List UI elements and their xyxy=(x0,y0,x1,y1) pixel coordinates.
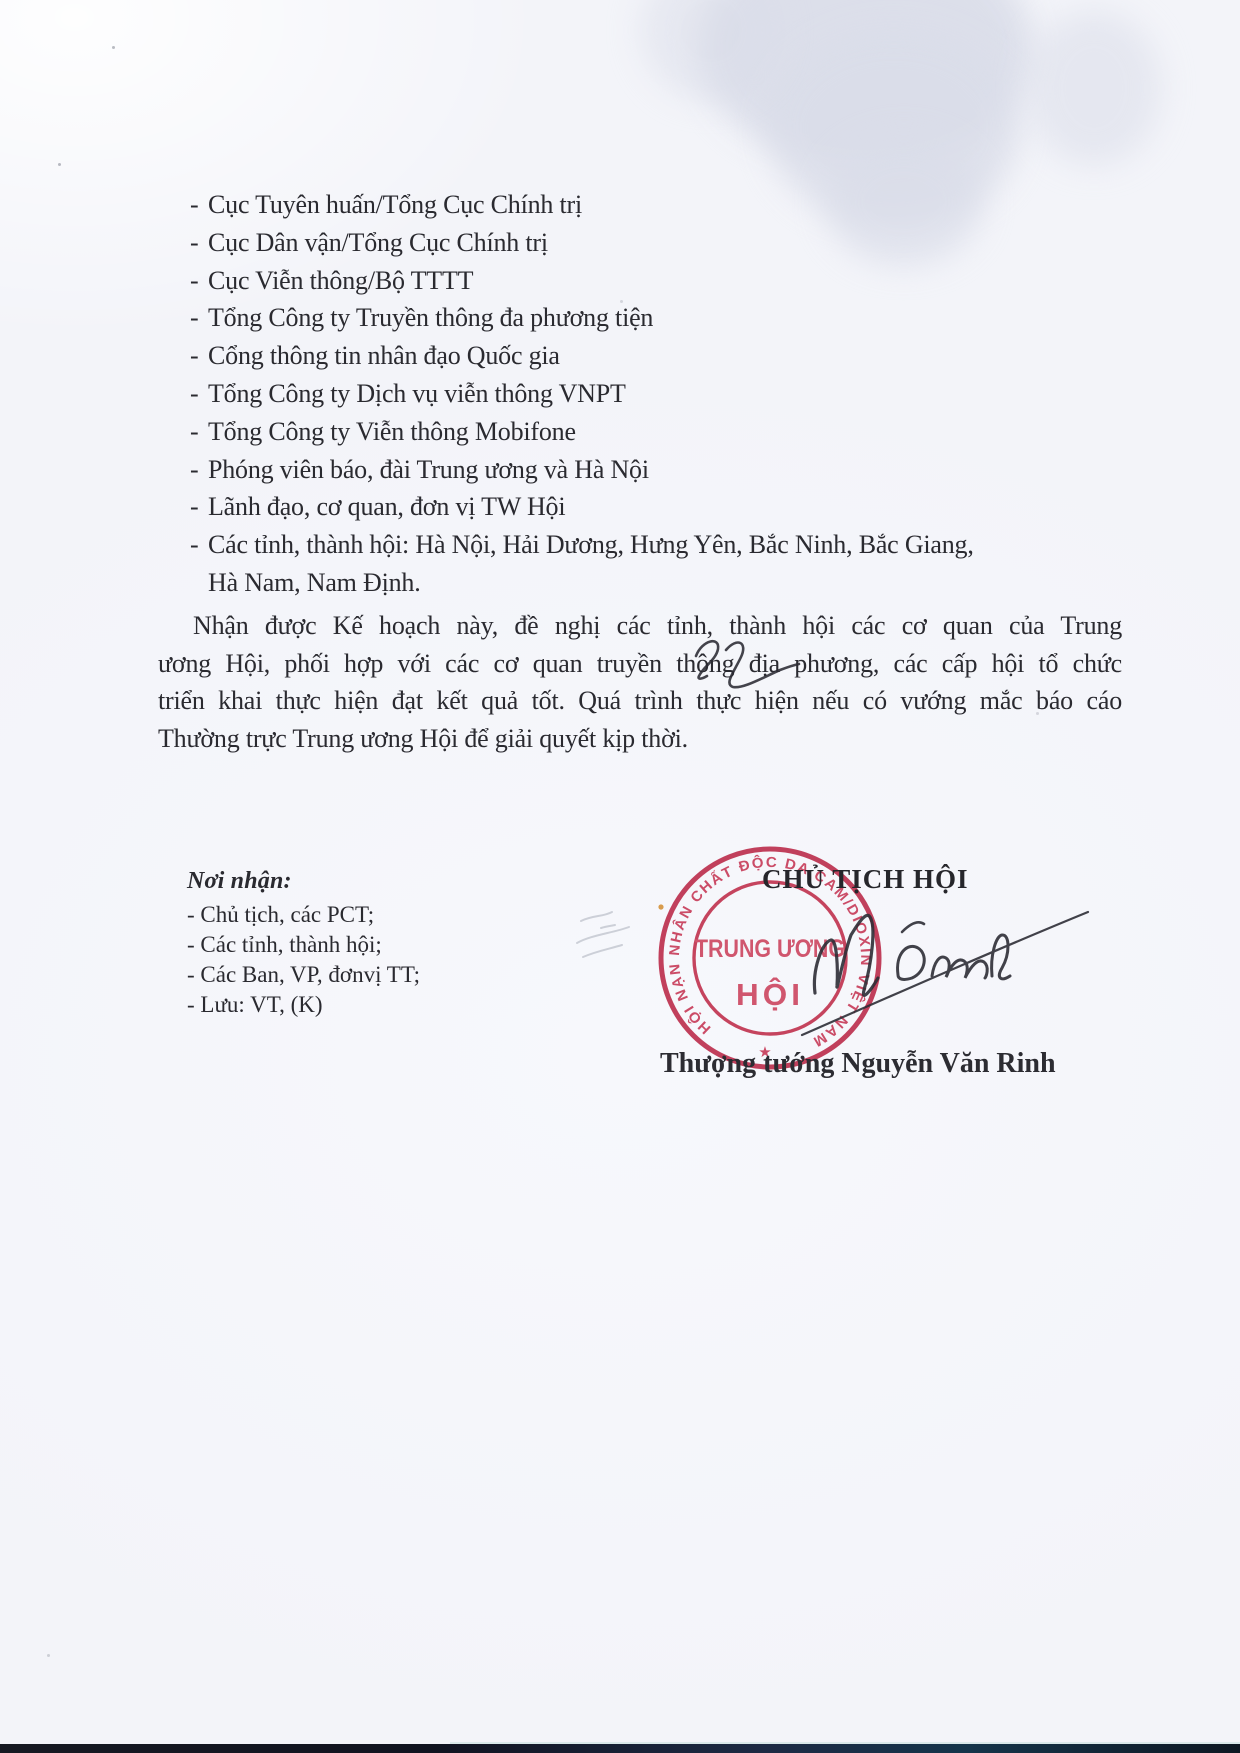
list-dash: - xyxy=(190,186,200,224)
list-dash: - xyxy=(190,375,200,413)
scan-speck xyxy=(47,1654,50,1657)
recipient-line: -Cổng thông tin nhân đạo Quốc gia xyxy=(158,337,1122,375)
recipient-line: -Cục Viễn thông/Bộ TTTT xyxy=(158,262,1122,300)
recipient-line: -Cục Tuyên huấn/Tổng Cục Chính trị xyxy=(158,186,1122,224)
list-dash: - xyxy=(190,526,200,564)
recipient-line: -Tổng Công ty Dịch vụ viễn thông VNPT xyxy=(158,375,1122,413)
recipient-text: Hà Nam, Nam Định. xyxy=(208,568,421,597)
list-dash: - xyxy=(190,299,200,337)
recipient-line: -Phóng viên báo, đài Trung ương và Hà Nộ… xyxy=(158,451,1122,489)
paragraph-line: ương Hội, phối hợp với các cơ quan truyề… xyxy=(158,645,1122,683)
handwritten-paraph xyxy=(680,626,830,710)
recipient-text: Cục Tuyên huấn/Tổng Cục Chính trị xyxy=(208,190,582,219)
closing-paragraph: Nhận được Kế hoạch này, đề nghị các tỉnh… xyxy=(158,607,1122,758)
recipient-text: Tổng Công ty Truyền thông đa phương tiện xyxy=(208,303,653,332)
noi-nhan-item: - Lưu: VT, (K) xyxy=(187,990,420,1020)
paragraph-line: Thường trực Trung ương Hội để giải quyết… xyxy=(158,720,1122,758)
recipient-text: Phóng viên báo, đài Trung ương và Hà Nội xyxy=(208,455,649,484)
recipient-line: -Lãnh đạo, cơ quan, đơn vị TW Hội xyxy=(158,488,1122,526)
scan-edge-strip xyxy=(0,1744,1240,1753)
recipient-text: Cục Viễn thông/Bộ TTTT xyxy=(208,266,473,295)
recipient-text: Lãnh đạo, cơ quan, đơn vị TW Hội xyxy=(208,492,565,521)
paragraph-line: triển khai thực hiện đạt kết quả tốt. Qu… xyxy=(158,682,1122,720)
noi-nhan-item: - Các tỉnh, thành hội; xyxy=(187,930,420,960)
scanned-document-page: -Cục Tuyên huấn/Tổng Cục Chính trị -Cục … xyxy=(0,0,1240,1753)
recipient-line: -Tổng Công ty Viễn thông Mobifone xyxy=(158,413,1122,451)
list-dash: - xyxy=(190,413,200,451)
paragraph-line: Nhận được Kế hoạch này, đề nghị các tỉnh… xyxy=(158,607,1122,645)
recipient-line: -Các tỉnh, thành hội: Hà Nội, Hải Dương,… xyxy=(158,526,1122,564)
document-body: -Cục Tuyên huấn/Tổng Cục Chính trị -Cục … xyxy=(158,186,1122,758)
noi-nhan-heading: Nơi nhận: xyxy=(187,864,420,898)
noi-nhan-items: - Chủ tịch, các PCT; - Các tỉnh, thành h… xyxy=(187,900,420,1020)
scan-speck xyxy=(112,46,115,49)
list-dash: - xyxy=(190,488,200,526)
list-dash: - xyxy=(190,337,200,375)
noi-nhan-item: - Chủ tịch, các PCT; xyxy=(187,900,420,930)
recipient-text: Các tỉnh, thành hội: Hà Nội, Hải Dương, … xyxy=(208,530,974,559)
signer-name: Thượng tướng Nguyễn Văn Rinh xyxy=(660,1048,1070,1080)
recipient-text: Cổng thông tin nhân đạo Quốc gia xyxy=(208,341,560,370)
list-dash: - xyxy=(190,262,200,300)
scan-speck xyxy=(58,163,61,166)
list-dash: - xyxy=(190,451,200,489)
scan-stain-blob xyxy=(1026,10,1162,166)
recipient-text: Tổng Công ty Viễn thông Mobifone xyxy=(208,417,576,446)
recipient-line: -Cục Dân vận/Tổng Cục Chính trị xyxy=(158,224,1122,262)
noi-nhan-item: - Các Ban, VP, đơnvị TT; xyxy=(187,960,420,990)
list-dash: - xyxy=(190,224,200,262)
signature-scribble xyxy=(640,850,1110,1050)
noi-nhan-block: Nơi nhận: - Chủ tịch, các PCT; - Các tỉn… xyxy=(187,864,420,1020)
recipient-line-wrap: Hà Nam, Nam Định. xyxy=(158,564,1122,602)
recipient-line: -Tổng Công ty Truyền thông đa phương tiệ… xyxy=(158,299,1122,337)
recipient-text: Cục Dân vận/Tổng Cục Chính trị xyxy=(208,228,548,257)
recipient-text: Tổng Công ty Dịch vụ viễn thông VNPT xyxy=(208,379,626,408)
